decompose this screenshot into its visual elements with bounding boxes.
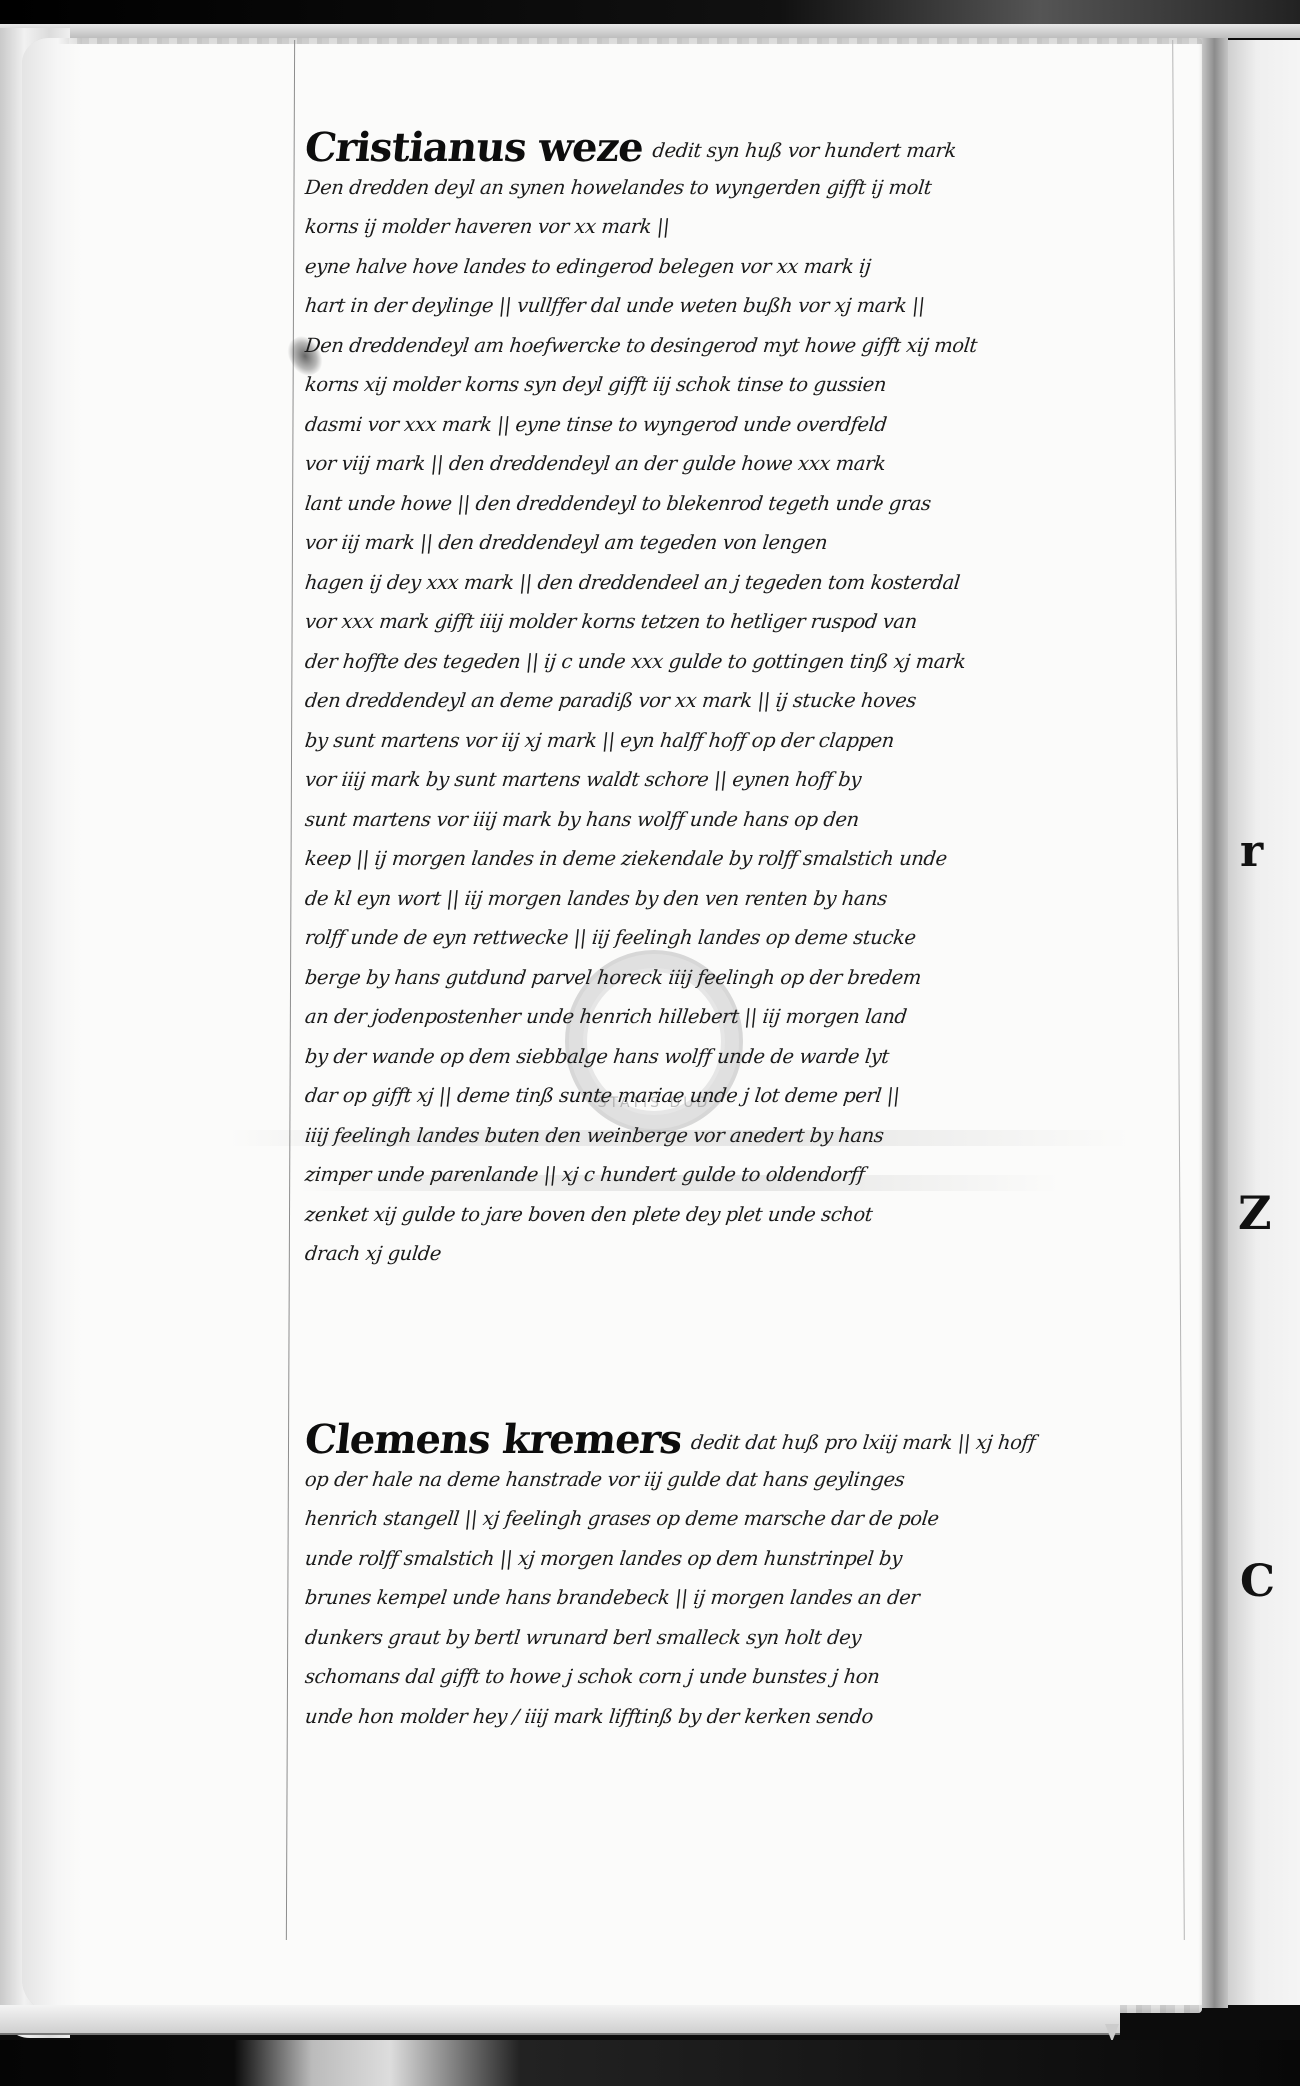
- manuscript-line: der hoffte des tegeden || ij c unde xxx …: [303, 642, 1207, 682]
- facing-page: r Z C: [1228, 40, 1300, 2005]
- manuscript-line: eyne halve hove landes to edingerod bele…: [303, 247, 1207, 287]
- entry-heading: Clemens kremers: [303, 1420, 684, 1460]
- manuscript-line: den dreddendeyl an deme paradiß vor xx m…: [303, 681, 1207, 721]
- page-fold-shadow: [22, 38, 82, 2013]
- manuscript-line: iiij feelingh landes buten den weinberge…: [303, 1116, 1207, 1156]
- manuscript-line: Den dredden deyl an synen howelandes to …: [303, 168, 1207, 208]
- manuscript-line: berge by hans gutdund parvel horeck iiij…: [303, 958, 1207, 998]
- manuscript-line: Cristianus wezededit syn huß vor hundert…: [303, 128, 1207, 168]
- manuscript-line: vor iij mark || den dreddendeyl am teged…: [303, 523, 1207, 563]
- line-text: dedit syn huß vor hundert mark: [651, 139, 957, 162]
- manuscript-line: brunes kempel unde hans brandebeck || ij…: [303, 1578, 1207, 1618]
- manuscript-line: korns xij molder korns syn deyl gifft ii…: [303, 365, 1207, 405]
- manuscript-line: Den dreddendeyl am hoefwercke to desinge…: [303, 326, 1207, 366]
- manuscript-line: sunt martens vor iiij mark by hans wolff…: [303, 800, 1207, 840]
- manuscript-line: op der hale na deme hanstrade vor iij gu…: [303, 1460, 1207, 1500]
- manuscript-line: unde rolff smalstich || xj morgen landes…: [303, 1539, 1207, 1579]
- manuscript-line: drach xj gulde: [303, 1234, 1207, 1274]
- binding-board-bottom: [0, 2005, 1120, 2035]
- manuscript-line: zimper unde parenlande || xj c hundert g…: [303, 1155, 1207, 1195]
- facing-page-initial: Z: [1238, 1190, 1272, 1236]
- manuscript-line: dar op gifft xj || deme tinß sunte maria…: [303, 1076, 1207, 1116]
- manuscript-line: de kl eyn wort || iij morgen landes by d…: [303, 879, 1207, 919]
- facing-page-initial: r: [1240, 830, 1263, 874]
- manuscript-line: dasmi vor xxx mark || eyne tinse to wyng…: [303, 405, 1207, 445]
- manuscript-line: korns ij molder haveren vor xx mark ||: [303, 207, 1207, 247]
- manuscript-line: unde hon molder hey / iiij mark lifftinß…: [303, 1697, 1207, 1737]
- manuscript-line: zenket xij gulde to jare boven den plete…: [303, 1195, 1207, 1235]
- manuscript-line: keep || ij morgen landes in deme ziekend…: [303, 839, 1207, 879]
- manuscript-line: by der wande op dem siebbalge hans wolff…: [303, 1037, 1207, 1077]
- manuscript-line: an der jodenpostenher unde henrich hille…: [303, 997, 1207, 1037]
- entry-heading: Cristianus weze: [303, 128, 645, 168]
- manuscript-line: by sunt martens vor iij xj mark || eyn h…: [303, 721, 1207, 761]
- manuscript-line: henrich stangell || xj feelingh grases o…: [303, 1499, 1207, 1539]
- manuscript-line: lant unde howe || den dreddendeyl to ble…: [303, 484, 1207, 524]
- manuscript-line: vor iiij mark by sunt martens waldt scho…: [303, 760, 1207, 800]
- manuscript-line: hart in der deylinge || vullffer dal und…: [303, 286, 1207, 326]
- manuscript-entry: Cristianus wezededit syn huß vor hundert…: [305, 128, 1205, 1274]
- manuscript-line: schomans dal gifft to howe j schok corn …: [303, 1657, 1207, 1697]
- binding-board-top: [0, 24, 1300, 38]
- manuscript-line: dunkers graut by bertl wrunard berl smal…: [303, 1618, 1207, 1658]
- manuscript-line: hagen ij dey xxx mark || den dreddendeel…: [303, 563, 1207, 603]
- manuscript-line: vor xxx mark gifft iiij molder korns tet…: [303, 602, 1207, 642]
- facing-page-initial: C: [1240, 1560, 1275, 1604]
- line-text: dedit dat huß pro lxiij mark || xj hoff: [690, 1431, 1037, 1454]
- scanner-edge-bottom: [0, 2040, 1300, 2086]
- manuscript-line: rolff unde de eyn rettwecke || iij feeli…: [303, 918, 1207, 958]
- manuscript-entry: Clemens kremersdedit dat huß pro lxiij m…: [305, 1420, 1205, 1736]
- manuscript-line: Clemens kremersdedit dat huß pro lxiij m…: [303, 1420, 1207, 1460]
- manuscript-line: vor viij mark || den dreddendeyl an der …: [303, 444, 1207, 484]
